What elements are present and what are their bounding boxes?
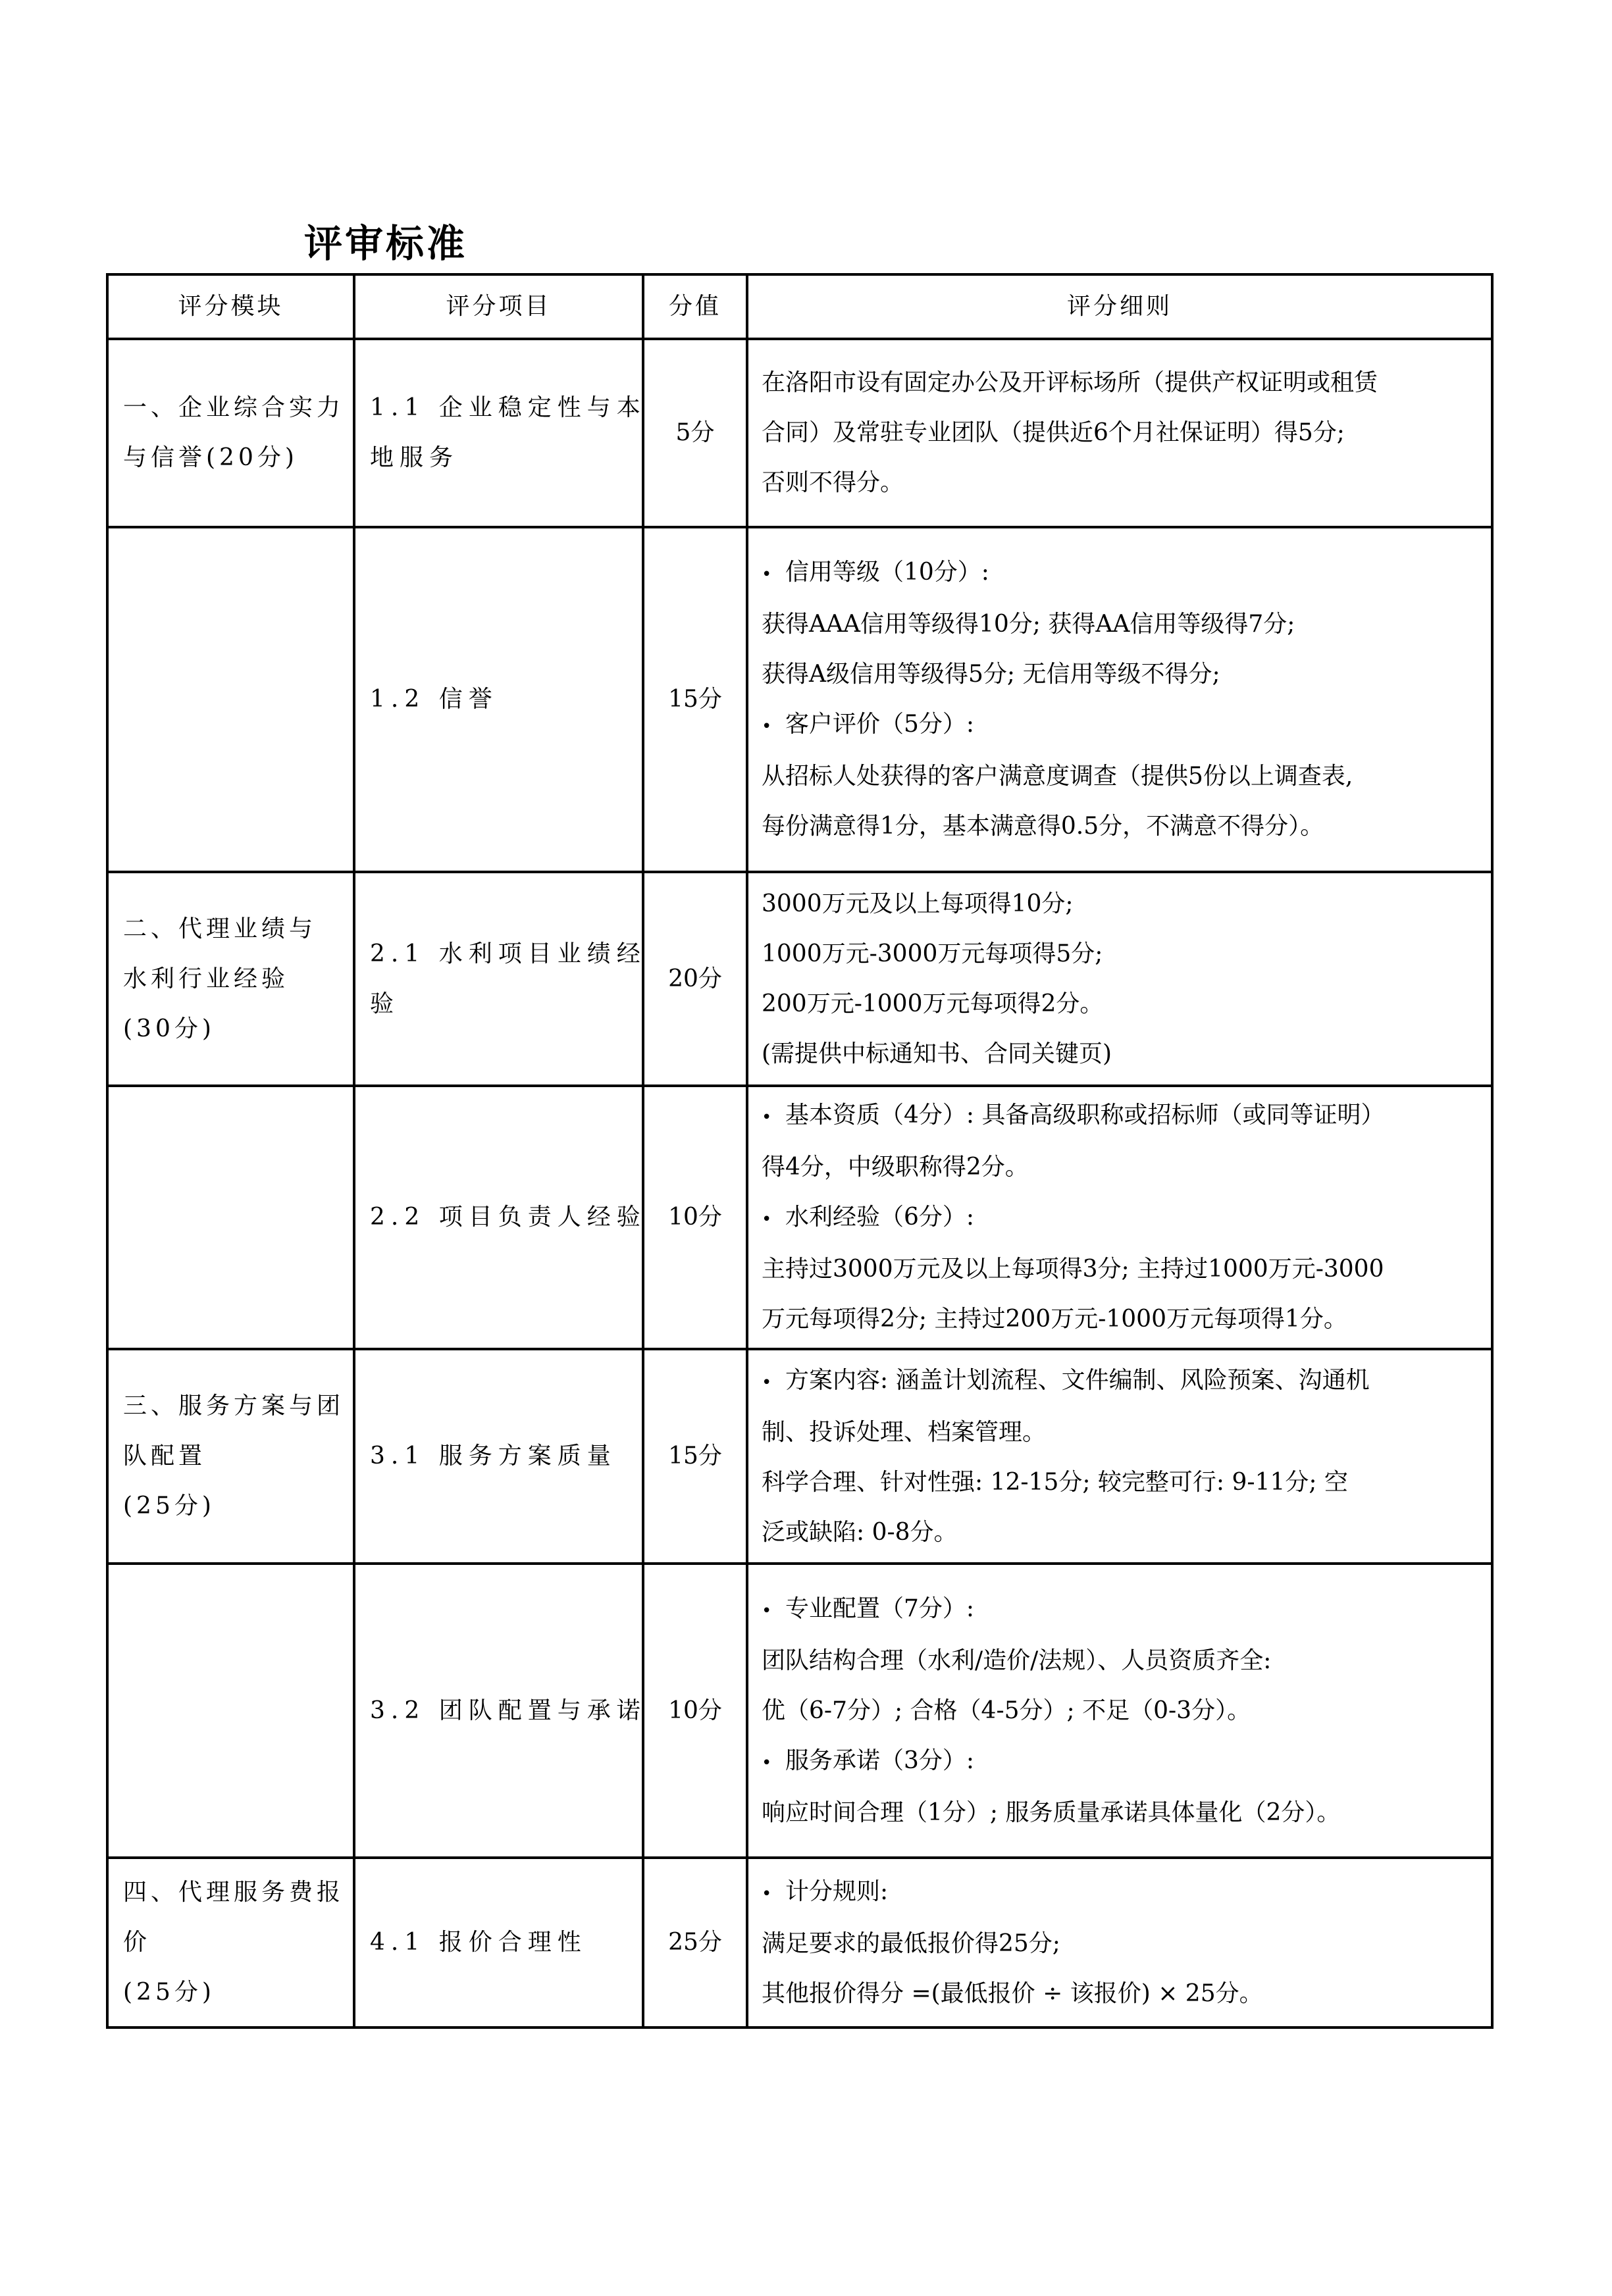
detail-text: 其他报价得分 =(最低报价 ÷ 该报价) × 25分。 bbox=[762, 1969, 1482, 2019]
detail-text: 否则不得分。 bbox=[762, 458, 1482, 508]
module-text: 价 bbox=[123, 1918, 341, 1968]
scoring-item-cell: 3.2 团队配置与承诺 bbox=[354, 1564, 643, 1858]
module-text: 四、代理服务费报 bbox=[123, 1868, 341, 1918]
detail-text: 泛或缺陷: 0-8分。 bbox=[762, 1508, 1482, 1558]
score-value-cell: 5分 bbox=[643, 339, 747, 527]
table-row: 1.2 信誉15分信用等级（10分）:获得AAA信用等级得10分; 获得AA信用… bbox=[107, 527, 1492, 872]
module-text: 三、服务方案与团 bbox=[123, 1381, 341, 1431]
header-item: 评分项目 bbox=[354, 274, 643, 339]
scoring-module-cell bbox=[107, 1564, 354, 1858]
detail-text: 制、投诉处理、档案管理。 bbox=[762, 1408, 1482, 1458]
module-text: 队配置 bbox=[123, 1431, 341, 1481]
scoring-details-cell: 在洛阳市设有固定办公及开评标场所（提供产权证明或租赁合同）及常驻专业团队（提供近… bbox=[747, 339, 1492, 527]
detail-text: 科学合理、针对性强: 12-15分; 较完整可行: 9-11分; 空 bbox=[762, 1458, 1482, 1508]
detail-text: (需提供中标通知书、合同关键页) bbox=[762, 1029, 1482, 1079]
score-value-cell: 20分 bbox=[643, 872, 747, 1086]
table-row: 2.2 项目负责人经验10分基本资质（4分）: 具备高级职称或招标师（或同等证明… bbox=[107, 1086, 1492, 1349]
score-value-cell: 15分 bbox=[643, 527, 747, 872]
scoring-details-cell: 计分规则:满足要求的最低报价得25分;其他报价得分 =(最低报价 ÷ 该报价) … bbox=[747, 1858, 1492, 2028]
scoring-item-cell: 1.2 信誉 bbox=[354, 527, 643, 872]
header-score: 分值 bbox=[643, 274, 747, 339]
table-row: 二、代理业绩与水利行业经验(30分)2.1 水利项目业绩经验20分3000万元及… bbox=[107, 872, 1492, 1086]
detail-text: 1000万元-3000万元每项得5分; bbox=[762, 929, 1482, 979]
score-value-cell: 25分 bbox=[643, 1858, 747, 2028]
detail-text: 在洛阳市设有固定办公及开评标场所（提供产权证明或租赁 bbox=[762, 358, 1482, 408]
module-text: (25分) bbox=[123, 1481, 341, 1531]
item-text: 地服务 bbox=[370, 433, 633, 483]
detail-text: 响应时间合理（1分）; 服务质量承诺具体量化（2分）。 bbox=[762, 1788, 1482, 1838]
detail-bullet-item: 信用等级（10分）: bbox=[762, 548, 1482, 600]
module-text: 一、企业综合实力 bbox=[123, 383, 341, 433]
module-text: (25分) bbox=[123, 1968, 341, 2018]
detail-text: 满足要求的最低报价得25分; bbox=[762, 1919, 1482, 1969]
item-text: 验 bbox=[370, 979, 633, 1029]
item-text: 2.2 项目负责人经验 bbox=[370, 1192, 633, 1242]
detail-text: 获得AAA信用等级得10分; 获得AA信用等级得7分; bbox=[762, 600, 1482, 650]
scoring-item-cell: 3.1 服务方案质量 bbox=[354, 1349, 643, 1564]
table-row: 3.2 团队配置与承诺10分专业配置（7分）:团队结构合理（水利/造价/法规）、… bbox=[107, 1564, 1492, 1858]
scoring-item-cell: 4.1 报价合理性 bbox=[354, 1858, 643, 2028]
header-details: 评分细则 bbox=[747, 274, 1492, 339]
scoring-details-cell: 3000万元及以上每项得10分;1000万元-3000万元每项得5分;200万元… bbox=[747, 872, 1492, 1086]
detail-bullet-item: 服务承诺（3分）: bbox=[762, 1736, 1482, 1788]
scoring-item-cell: 2.1 水利项目业绩经验 bbox=[354, 872, 643, 1086]
table-row: 一、企业综合实力与信誉(20分)1.1 企业稳定性与本地服务5分在洛阳市设有固定… bbox=[107, 339, 1492, 527]
detail-text: 主持过3000万元及以上每项得3分; 主持过1000万元-3000 bbox=[762, 1244, 1482, 1294]
detail-text: 获得A级信用等级得5分; 无信用等级不得分; bbox=[762, 650, 1482, 700]
detail-text: 得4分，中级职称得2分。 bbox=[762, 1142, 1482, 1192]
module-text: 水利行业经验 bbox=[123, 954, 341, 1004]
scoring-module-cell bbox=[107, 1086, 354, 1349]
item-text: 4.1 报价合理性 bbox=[370, 1918, 633, 1968]
scoring-module-cell bbox=[107, 527, 354, 872]
scoring-module-cell: 四、代理服务费报价(25分) bbox=[107, 1858, 354, 2028]
item-text: 2.1 水利项目业绩经 bbox=[370, 929, 633, 979]
detail-text: 合同）及常驻专业团队（提供近6个月社保证明）得5分; bbox=[762, 408, 1482, 458]
scoring-details-cell: 信用等级（10分）:获得AAA信用等级得10分; 获得AA信用等级得7分;获得A… bbox=[747, 527, 1492, 872]
scoring-item-cell: 2.2 项目负责人经验 bbox=[354, 1086, 643, 1349]
item-text: 3.1 服务方案质量 bbox=[370, 1431, 633, 1481]
score-value-cell: 10分 bbox=[643, 1086, 747, 1349]
scoring-module-cell: 一、企业综合实力与信誉(20分) bbox=[107, 339, 354, 527]
detail-bullet-item: 计分规则: bbox=[762, 1867, 1482, 1919]
detail-text: 200万元-1000万元每项得2分。 bbox=[762, 979, 1482, 1029]
score-value-cell: 15分 bbox=[643, 1349, 747, 1564]
detail-bullet-item: 客户评价（5分）: bbox=[762, 700, 1482, 752]
detail-text: 3000万元及以上每项得10分; bbox=[762, 879, 1482, 929]
table-header-row: 评分模块 评分项目 分值 评分细则 bbox=[107, 274, 1492, 339]
scoring-module-cell: 三、服务方案与团队配置(25分) bbox=[107, 1349, 354, 1564]
item-text: 3.2 团队配置与承诺 bbox=[370, 1686, 633, 1736]
scoring-item-cell: 1.1 企业稳定性与本地服务 bbox=[354, 339, 643, 527]
item-text: 1.2 信誉 bbox=[370, 675, 633, 725]
detail-bullet-item: 基本资质（4分）: 具备高级职称或招标师（或同等证明） bbox=[762, 1090, 1482, 1142]
scoring-module-cell: 二、代理业绩与水利行业经验(30分) bbox=[107, 872, 354, 1086]
scoring-details-cell: 基本资质（4分）: 具备高级职称或招标师（或同等证明）得4分，中级职称得2分。水… bbox=[747, 1086, 1492, 1349]
table-body: 一、企业综合实力与信誉(20分)1.1 企业稳定性与本地服务5分在洛阳市设有固定… bbox=[107, 339, 1492, 2028]
page-title: 评审标准 bbox=[304, 217, 467, 270]
detail-bullet-item: 专业配置（7分）: bbox=[762, 1584, 1482, 1636]
detail-text: 万元每项得2分; 主持过200万元-1000万元每项得1分。 bbox=[762, 1294, 1482, 1344]
table-row: 三、服务方案与团队配置(25分)3.1 服务方案质量15分方案内容: 涵盖计划流… bbox=[107, 1349, 1492, 1564]
detail-text: 优（6-7分）; 合格（4-5分）; 不足（0-3分）。 bbox=[762, 1686, 1482, 1736]
module-text: (30分) bbox=[123, 1004, 341, 1054]
header-module: 评分模块 bbox=[107, 274, 354, 339]
scoring-details-cell: 方案内容: 涵盖计划流程、文件编制、风险预案、沟通机制、投诉处理、档案管理。科学… bbox=[747, 1349, 1492, 1564]
table-row: 四、代理服务费报价(25分)4.1 报价合理性25分计分规则:满足要求的最低报价… bbox=[107, 1858, 1492, 2028]
scoring-details-cell: 专业配置（7分）:团队结构合理（水利/造价/法规）、人员资质齐全:优（6-7分）… bbox=[747, 1564, 1492, 1858]
detail-text: 从招标人处获得的客户满意度调查（提供5份以上调查表, bbox=[762, 752, 1482, 802]
score-value-cell: 10分 bbox=[643, 1564, 747, 1858]
scoring-criteria-table: 评分模块 评分项目 分值 评分细则 一、企业综合实力与信誉(20分)1.1 企业… bbox=[106, 273, 1494, 2029]
detail-bullet-item: 方案内容: 涵盖计划流程、文件编制、风险预案、沟通机 bbox=[762, 1356, 1482, 1408]
detail-text: 团队结构合理（水利/造价/法规）、人员资质齐全: bbox=[762, 1636, 1482, 1686]
detail-bullet-item: 水利经验（6分）: bbox=[762, 1192, 1482, 1244]
module-text: 与信誉(20分) bbox=[123, 433, 341, 483]
module-text: 二、代理业绩与 bbox=[123, 904, 341, 954]
detail-text: 每份满意得1分，基本满意得0.5分，不满意不得分）。 bbox=[762, 802, 1482, 852]
item-text: 1.1 企业稳定性与本 bbox=[370, 383, 633, 433]
